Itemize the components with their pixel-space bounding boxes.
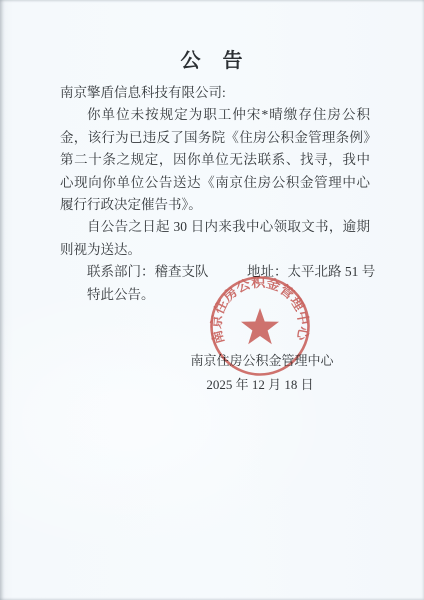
closing-line: 特此公告。 [60, 284, 370, 306]
contact-department: 联系部门：稽查支队 [87, 264, 209, 279]
addressee-line: 南京擎盾信息科技有限公司: [60, 82, 370, 104]
signature-date: 2025 年 12 月 18 日 [0, 374, 424, 396]
notice-document: 公 告 南京擎盾信息科技有限公司: 你单位未按规定为职工仲宋*晴缴存住房公积金，… [0, 0, 424, 600]
seal-star-icon [241, 308, 279, 344]
body-paragraph-2: 自公告之日起 30 日内来我中心领取文书，逾期则视为送达。 [60, 216, 370, 261]
contact-address: 地址：太平北路 51 号 [247, 264, 375, 279]
body-paragraph-1: 你单位未按规定为职工仲宋*晴缴存住房公积金，该行为已违反了国务院《住房公积金管理… [60, 104, 370, 216]
page-title: 公 告 [0, 46, 424, 76]
contact-line: 联系部门：稽查支队 地址：太平北路 51 号 [60, 261, 370, 283]
signature-org: 南京住房公积金管理中心 [0, 350, 424, 372]
